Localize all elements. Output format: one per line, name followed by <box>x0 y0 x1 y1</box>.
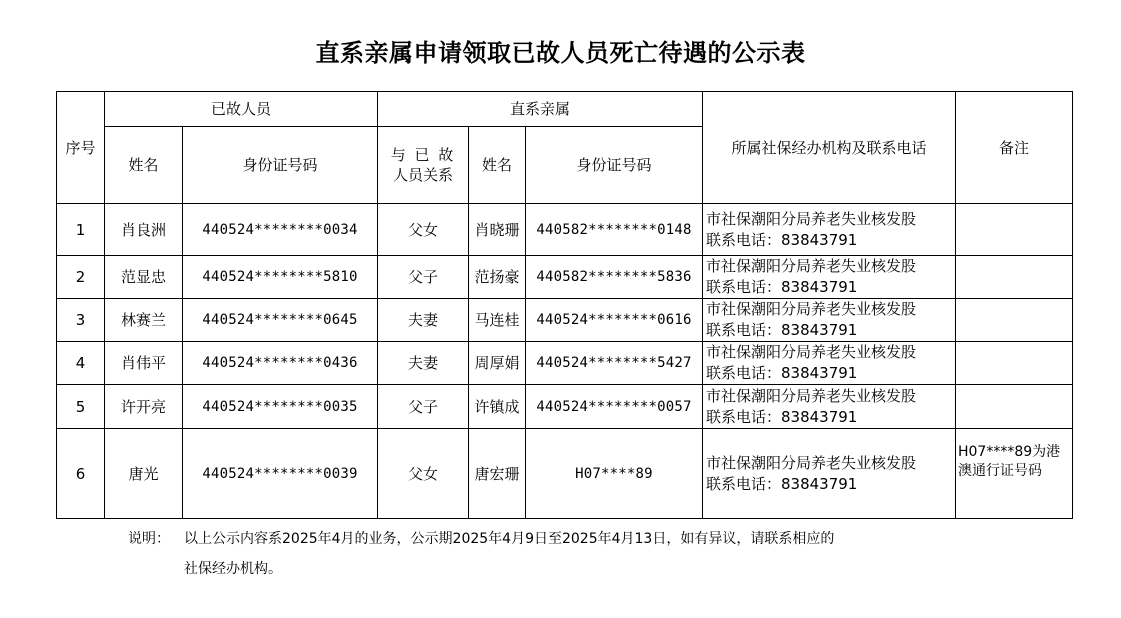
table-row: 4 肖伟平 440524********0436 夫妻 周厚娟 440524**… <box>57 342 1073 385</box>
cell-relation: 父子 <box>378 256 469 299</box>
cell-deceased-name: 范显忠 <box>105 256 183 299</box>
table-row: 1 肖良洲 440524********0034 父女 肖晓珊 440582**… <box>57 204 1073 256</box>
header-relative-name: 姓名 <box>469 127 526 204</box>
header-relation-line1: 与 已 故 <box>378 145 468 165</box>
cell-relation: 父女 <box>378 204 469 256</box>
agency-phone: 联系电话：83843791 <box>706 320 955 341</box>
cell-relative-id: 440582********0148 <box>526 204 703 256</box>
footnote: 说明：以上公示内容系2025年4月的业务，公示期2025年4月9日至2025年4… <box>128 524 958 584</box>
cell-deceased-name: 唐光 <box>105 429 183 519</box>
cell-agency: 市社保潮阳分局养老失业核发股 联系电话：83843791 <box>703 342 956 385</box>
cell-deceased-id: 440524********0436 <box>183 342 378 385</box>
agency-name: 市社保潮阳分局养老失业核发股 <box>706 300 916 318</box>
cell-agency: 市社保潮阳分局养老失业核发股 联系电话：83843791 <box>703 299 956 342</box>
cell-relative-name: 马连桂 <box>469 299 526 342</box>
cell-seq: 2 <box>57 256 105 299</box>
header-relative-group: 直系亲属 <box>378 92 703 127</box>
header-relation: 与 已 故 人员关系 <box>378 127 469 204</box>
cell-remarks <box>956 385 1073 429</box>
cell-relative-id: 440524********5427 <box>526 342 703 385</box>
cell-relation: 父子 <box>378 385 469 429</box>
cell-remarks <box>956 204 1073 256</box>
header-deceased-id: 身份证号码 <box>183 127 378 204</box>
cell-relative-name: 肖晓珊 <box>469 204 526 256</box>
header-agency: 所属社保经办机构及联系电话 <box>703 92 956 204</box>
table-row: 2 范显忠 440524********5810 父子 范扬豪 440582**… <box>57 256 1073 299</box>
agency-name: 市社保潮阳分局养老失业核发股 <box>706 387 916 405</box>
cell-seq: 4 <box>57 342 105 385</box>
cell-agency: 市社保潮阳分局养老失业核发股 联系电话：83843791 <box>703 385 956 429</box>
table-row: 5 许开亮 440524********0035 父子 许镇成 440524**… <box>57 385 1073 429</box>
cell-relative-name: 唐宏珊 <box>469 429 526 519</box>
cell-relative-name: 周厚娟 <box>469 342 526 385</box>
cell-relative-id: 440524********0616 <box>526 299 703 342</box>
cell-remarks <box>956 256 1073 299</box>
header-relation-line2: 人员关系 <box>378 165 468 185</box>
cell-relative-id: 440524********0057 <box>526 385 703 429</box>
cell-deceased-name: 肖伟平 <box>105 342 183 385</box>
header-deceased-group: 已故人员 <box>105 92 378 127</box>
header-seq: 序号 <box>57 92 105 204</box>
agency-phone: 联系电话：83843791 <box>706 230 955 251</box>
cell-remarks: H07****89为港澳通行证号码 <box>956 429 1073 519</box>
cell-deceased-name: 肖良洲 <box>105 204 183 256</box>
cell-seq: 6 <box>57 429 105 519</box>
agency-name: 市社保潮阳分局养老失业核发股 <box>706 343 916 361</box>
header-remarks: 备注 <box>956 92 1073 204</box>
header-relative-id: 身份证号码 <box>526 127 703 204</box>
cell-relation: 夫妻 <box>378 342 469 385</box>
cell-relative-name: 范扬豪 <box>469 256 526 299</box>
cell-deceased-name: 许开亮 <box>105 385 183 429</box>
cell-relation: 夫妻 <box>378 299 469 342</box>
agency-phone: 联系电话：83843791 <box>706 277 955 298</box>
cell-relative-id: 440582********5836 <box>526 256 703 299</box>
cell-agency: 市社保潮阳分局养老失业核发股 联系电话：83843791 <box>703 256 956 299</box>
cell-agency: 市社保潮阳分局养老失业核发股 联系电话：83843791 <box>703 429 956 519</box>
footnote-line1: 以上公示内容系2025年4月的业务，公示期2025年4月9日至2025年4月13… <box>184 531 834 547</box>
cell-relative-id: H07****89 <box>526 429 703 519</box>
agency-name: 市社保潮阳分局养老失业核发股 <box>706 454 916 472</box>
table-row: 6 唐光 440524********0039 父女 唐宏珊 H07****89… <box>57 429 1073 519</box>
publicity-table: 序号 已故人员 直系亲属 所属社保经办机构及联系电话 备注 姓名 身份证号码 与… <box>56 91 1073 519</box>
cell-deceased-name: 林赛兰 <box>105 299 183 342</box>
cell-seq: 3 <box>57 299 105 342</box>
cell-deceased-id: 440524********0034 <box>183 204 378 256</box>
footnote-line2: 社保经办机构。 <box>128 554 958 584</box>
cell-remarks <box>956 299 1073 342</box>
cell-deceased-id: 440524********0035 <box>183 385 378 429</box>
page-title: 直系亲属申请领取已故人员死亡待遇的公示表 <box>0 36 1121 70</box>
agency-phone: 联系电话：83843791 <box>706 474 955 495</box>
cell-remarks <box>956 342 1073 385</box>
cell-deceased-id: 440524********0039 <box>183 429 378 519</box>
cell-seq: 1 <box>57 204 105 256</box>
table-row: 3 林赛兰 440524********0645 夫妻 马连桂 440524**… <box>57 299 1073 342</box>
agency-phone: 联系电话：83843791 <box>706 363 955 384</box>
agency-name: 市社保潮阳分局养老失业核发股 <box>706 257 916 275</box>
cell-relation: 父女 <box>378 429 469 519</box>
agency-name: 市社保潮阳分局养老失业核发股 <box>706 210 916 228</box>
cell-deceased-id: 440524********0645 <box>183 299 378 342</box>
cell-agency: 市社保潮阳分局养老失业核发股 联系电话：83843791 <box>703 204 956 256</box>
header-deceased-name: 姓名 <box>105 127 183 204</box>
cell-deceased-id: 440524********5810 <box>183 256 378 299</box>
footnote-label: 说明： <box>128 524 184 554</box>
agency-phone: 联系电话：83843791 <box>706 407 955 428</box>
cell-seq: 5 <box>57 385 105 429</box>
cell-relative-name: 许镇成 <box>469 385 526 429</box>
